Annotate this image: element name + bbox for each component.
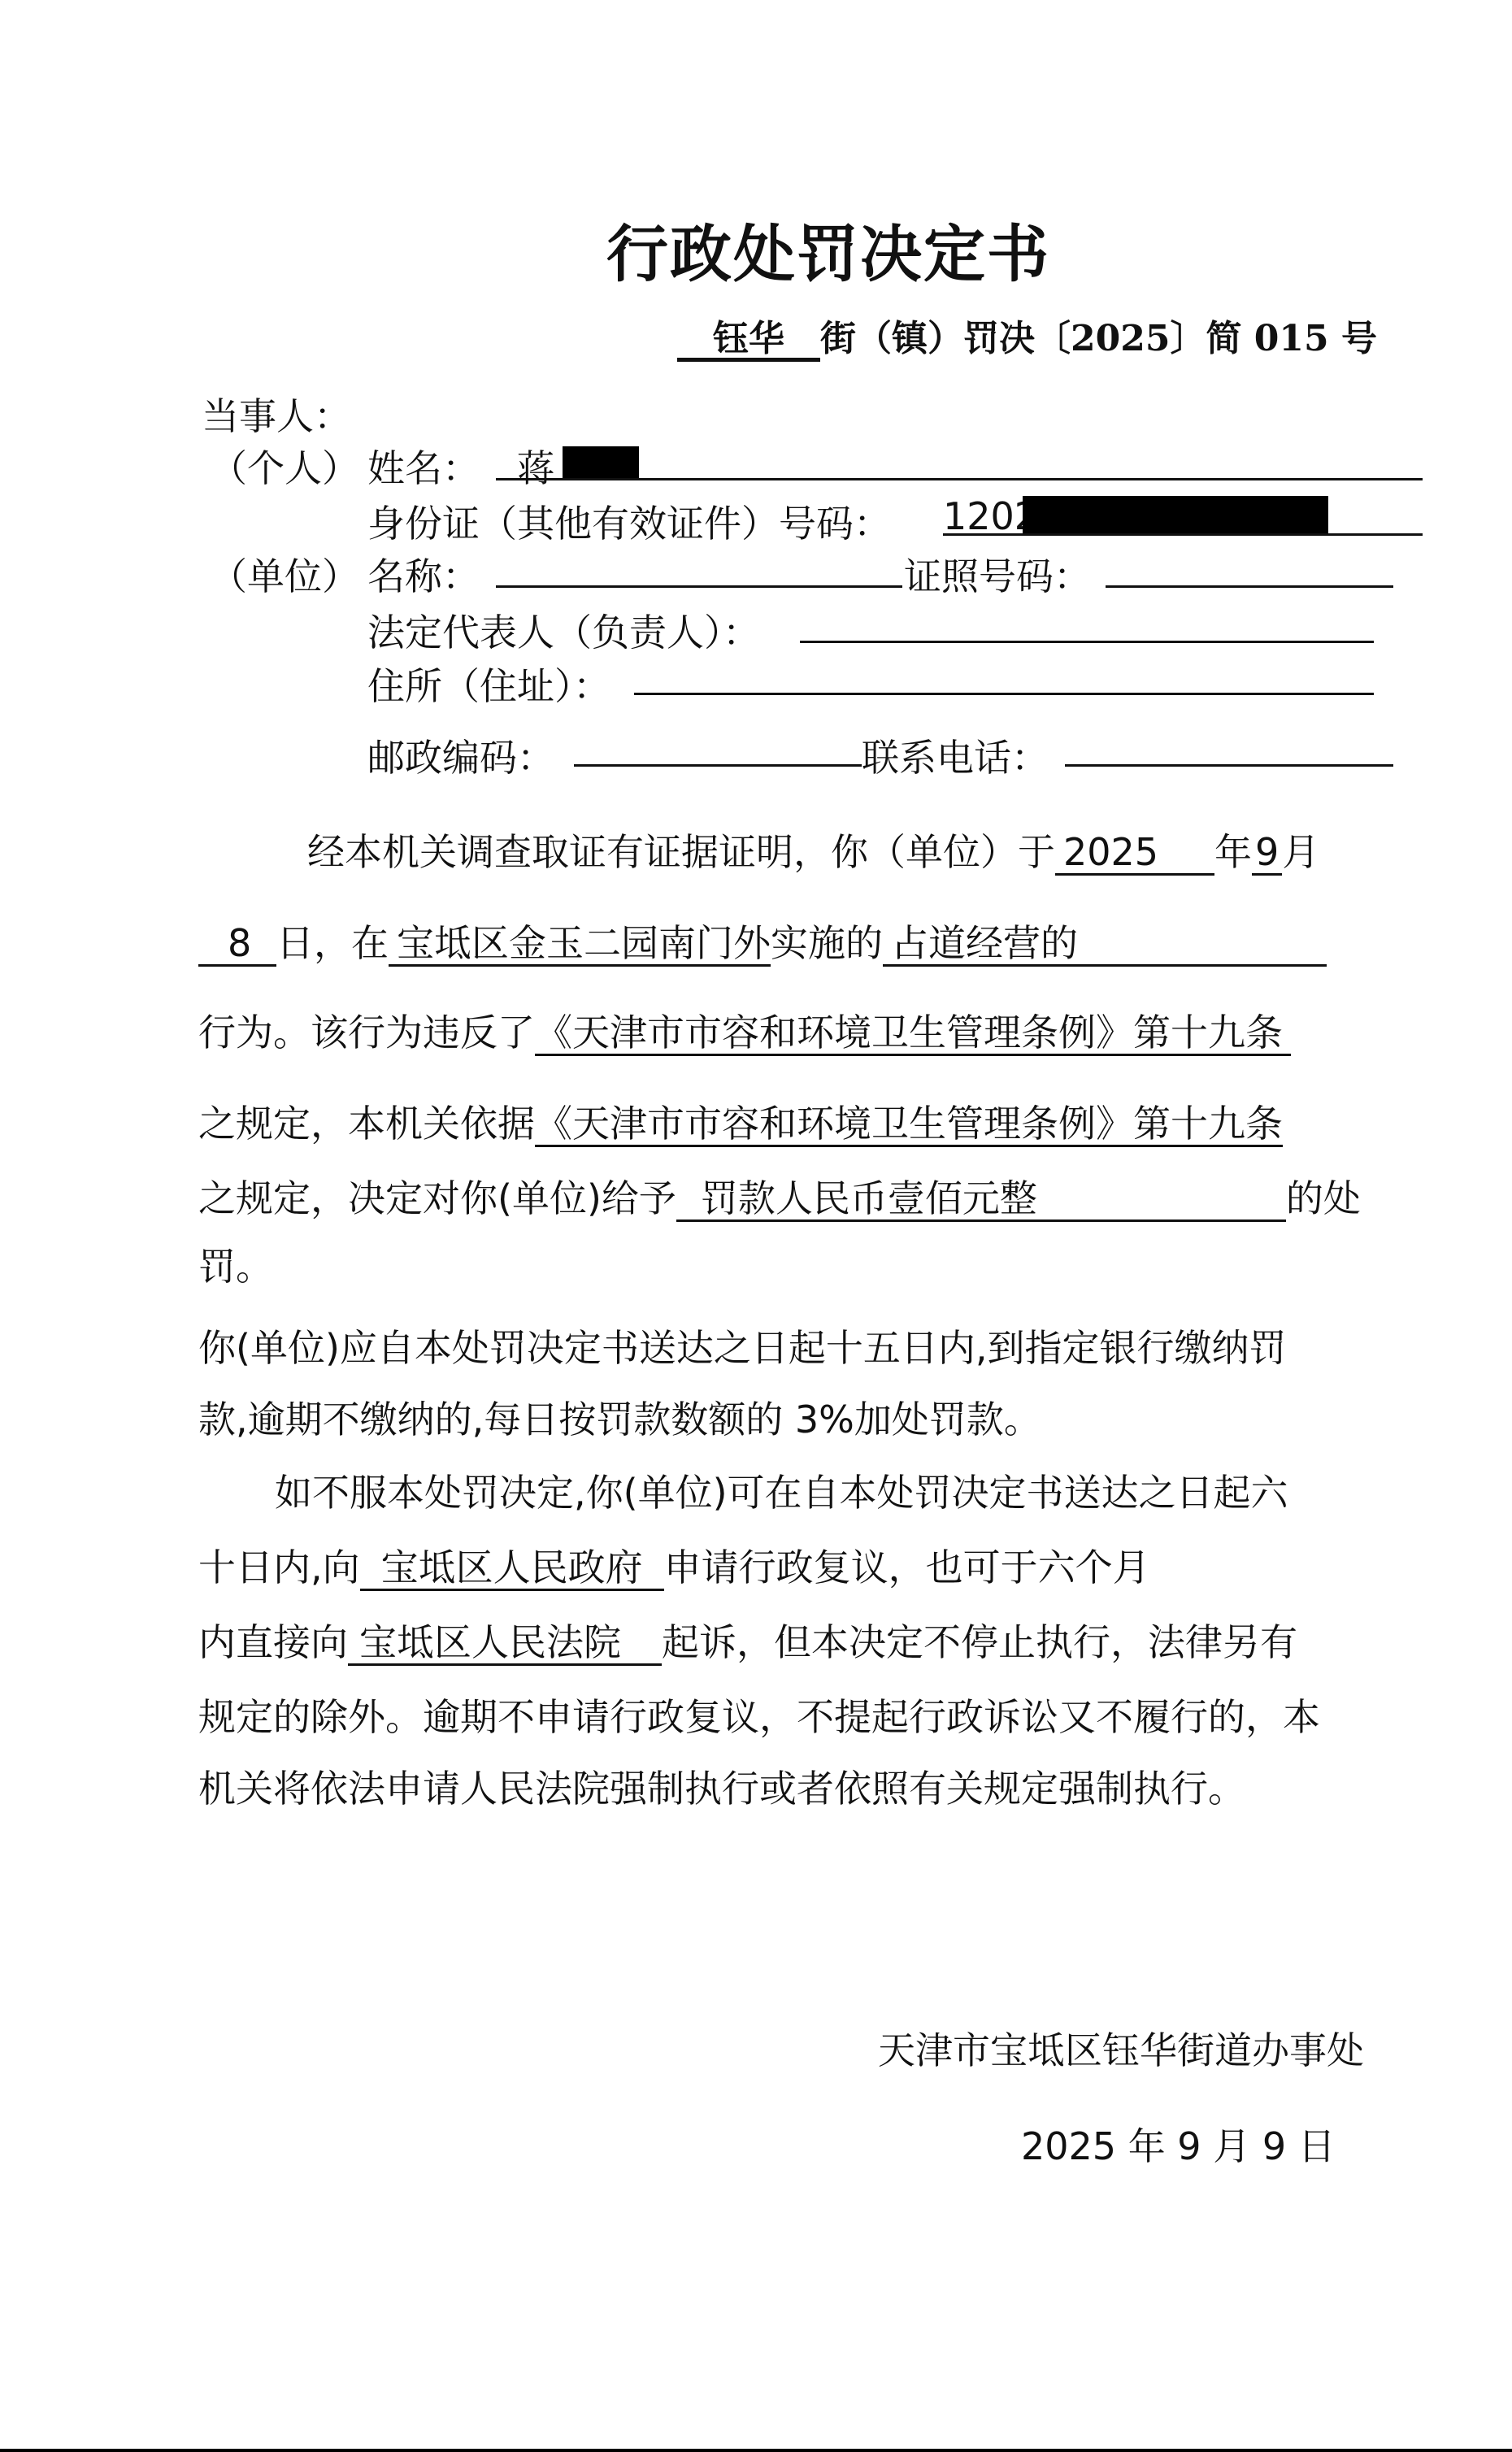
violated-law: 《天津市市容和环境卫生管理条例》第十九条 bbox=[535, 1012, 1291, 1056]
violation-act: 占道经营的 bbox=[883, 923, 1327, 967]
appeal-line-2: 十日内,向宝坻区人民政府申请行政复议，也可于六个月 bbox=[198, 1538, 1150, 1592]
license-field[interactable] bbox=[1106, 585, 1393, 588]
scan-edge bbox=[0, 2449, 1512, 2452]
facts-line-6: 罚。 bbox=[198, 1237, 273, 1291]
phone-label: 联系电话： bbox=[862, 728, 1049, 782]
facts-text: 的处 bbox=[1286, 1176, 1361, 1220]
facts-line-2: 8日，在宝坻区金玉二园南门外实施的占道经营的 bbox=[198, 914, 1327, 967]
appeal-line-5: 机关将依法申请人民法院强制执行或者依照有关规定强制执行。 bbox=[198, 1759, 1245, 1813]
appeal-text: 内直接向 bbox=[198, 1620, 348, 1664]
penalty: 罚款人民币壹佰元整 bbox=[676, 1178, 1286, 1222]
name-label: 姓名： bbox=[367, 439, 480, 493]
document-title: 行政处罚决定书 bbox=[606, 205, 1050, 293]
appeal-text: 申请行政复议，也可于六个月 bbox=[664, 1546, 1150, 1589]
legal-rep-label: 法定代表人（负责人）： bbox=[367, 603, 760, 657]
facts-line-1: 经本机关调查取证有证据证明，你（单位）于2025年9月 bbox=[307, 823, 1319, 876]
appeal-text: 十日内,向 bbox=[198, 1546, 360, 1589]
violation-year: 2025 bbox=[1055, 832, 1214, 876]
basis-law: 《天津市市容和环境卫生管理条例》第十九条 bbox=[535, 1103, 1283, 1147]
month-suffix: 月 bbox=[1282, 830, 1319, 874]
appeal-line-1: 如不服本处罚决定,你(单位)可在自本处罚决定书送达之日起六 bbox=[275, 1463, 1288, 1517]
year-suffix: 年 bbox=[1214, 830, 1252, 874]
facts-text: 实施的 bbox=[771, 921, 883, 965]
violation-location: 宝坻区金玉二园南门外 bbox=[389, 923, 771, 967]
appeal-line-4: 规定的除外。逾期不申请行政复议，不提起行政诉讼又不履行的，本 bbox=[198, 1688, 1320, 1741]
facts-text: 日，在 bbox=[276, 921, 389, 965]
license-label: 证照号码： bbox=[904, 547, 1091, 601]
postcode-label: 邮政编码： bbox=[367, 728, 554, 782]
facts-text: 行为。该行为违反了 bbox=[198, 1011, 535, 1054]
postcode-field[interactable] bbox=[574, 764, 862, 767]
address-field[interactable] bbox=[634, 693, 1374, 695]
id-label: 身份证（其他有效证件）号码： bbox=[367, 494, 891, 548]
issuing-authority: 天津市宝坻区钰华街道办事处 bbox=[878, 2021, 1364, 2075]
appeal-text: 起诉，但本决定不停止执行，法律另有 bbox=[662, 1620, 1297, 1664]
violation-month: 9 bbox=[1252, 832, 1282, 876]
id-field-line bbox=[943, 533, 1423, 536]
name-field-line bbox=[496, 478, 1423, 480]
facts-line-4: 之规定，本机关依据《天津市市容和环境卫生管理条例》第十九条 bbox=[198, 1094, 1283, 1148]
review-body: 宝坻区人民政府 bbox=[360, 1547, 664, 1591]
payment-line-2: 款,逾期不缴纳的,每日按罚款数额的 3%加处罚款。 bbox=[198, 1390, 1041, 1444]
id-redaction bbox=[1023, 496, 1328, 535]
individual-tag: （个人） bbox=[210, 439, 359, 493]
appeal-line-3: 内直接向宝坻区人民法院起诉，但本决定不停止执行，法律另有 bbox=[198, 1613, 1297, 1667]
facts-line-5: 之规定，决定对你(单位)给予罚款人民币壹佰元整的处 bbox=[198, 1169, 1361, 1223]
facts-text: 之规定，本机关依据 bbox=[198, 1102, 535, 1146]
facts-text: 经本机关调查取证有证据证明，你（单位）于 bbox=[307, 830, 1055, 874]
phone-field[interactable] bbox=[1065, 764, 1393, 767]
court: 宝坻区人民法院 bbox=[348, 1622, 662, 1666]
party-label: 当事人： bbox=[202, 387, 351, 441]
unit-name-label: 名称： bbox=[367, 547, 480, 601]
facts-line-3: 行为。该行为违反了《天津市市容和环境卫生管理条例》第十九条 bbox=[198, 1003, 1291, 1057]
document-number: 钰华街（镇）罚决〔2025〕简 015 号 bbox=[677, 309, 1377, 362]
issue-date: 2025 年 9 月 9 日 bbox=[1021, 2117, 1336, 2171]
unit-name-field[interactable] bbox=[496, 585, 902, 588]
payment-line-1: 你(单位)应自本处罚决定书送达之日起十五日内,到指定银行缴纳罚 bbox=[198, 1319, 1287, 1372]
doc-number-suffix: 街（镇）罚决〔2025〕简 015 号 bbox=[820, 318, 1377, 359]
doc-number-street: 钰华 bbox=[677, 320, 820, 362]
unit-tag: （单位） bbox=[210, 547, 359, 601]
name-redaction bbox=[563, 446, 639, 479]
violation-day: 8 bbox=[198, 923, 276, 967]
name-value: 蒋 bbox=[517, 439, 554, 493]
legal-rep-field[interactable] bbox=[800, 641, 1374, 643]
facts-text: 之规定，决定对你(单位)给予 bbox=[198, 1176, 676, 1220]
address-label: 住所（住址）： bbox=[367, 657, 610, 711]
